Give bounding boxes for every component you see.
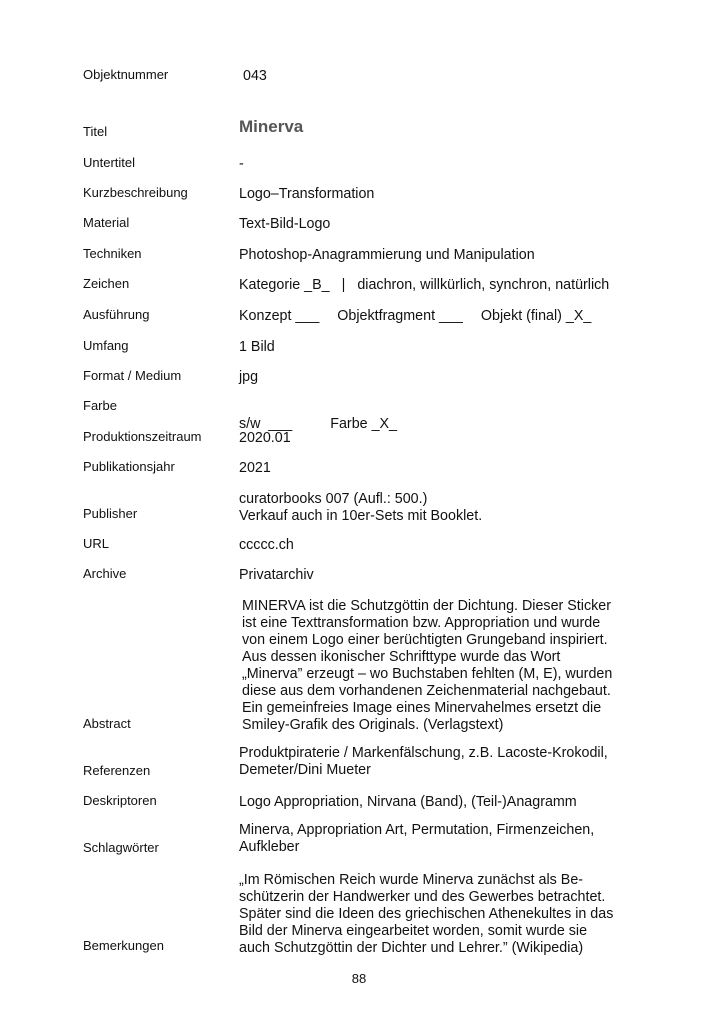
abstract-line: „Minerva” erzeugt – wo Buchstaben fehlte…	[242, 666, 612, 683]
label-publisher: Publisher	[83, 506, 137, 522]
abstract-line: MINERVA ist die Schutzgöttin der Dichtun…	[242, 598, 612, 615]
value-archive: Privatarchiv	[239, 567, 314, 584]
label-format: Format / Medium	[83, 368, 181, 384]
value-kurzbeschreibung: Logo–Transformation	[239, 186, 374, 203]
bemerkungen-line: auch Schutzgöttin der Dichter und Lehrer…	[239, 940, 613, 957]
ausfuehrung-objekt-final: Objekt (final) _X_	[481, 308, 591, 324]
label-objektnummer: Objektnummer	[83, 67, 168, 83]
label-untertitel: Untertitel	[83, 155, 135, 171]
label-kurzbeschreibung: Kurzbeschreibung	[83, 185, 188, 201]
value-material: Text-Bild-Logo	[239, 216, 330, 233]
label-farbe: Farbe	[83, 398, 117, 414]
zeichen-types: diachron, willkürlich, synchron, natürli…	[357, 277, 609, 293]
zeichen-kategorie: Kategorie _B_	[239, 277, 330, 293]
value-publisher: curatorbooks 007 (Aufl.: 500.) Verkauf a…	[239, 491, 482, 525]
value-titel: Minerva	[239, 118, 303, 135]
label-produktionszeitraum: Produktionszeitraum	[83, 429, 202, 445]
label-archive: Archive	[83, 566, 126, 582]
label-techniken: Techniken	[83, 246, 142, 262]
publisher-line-2: Verkauf auch in 10er-Sets mit Booklet.	[239, 508, 482, 525]
page-number: 88	[0, 971, 718, 986]
abstract-line: Smiley-Grafik des Originals. (Verlagstex…	[242, 717, 612, 734]
bemerkungen-line: schützerin der Handwerker und des Gewerb…	[239, 889, 613, 906]
abstract-line: Aus dessen ikonischer Schrifttype wurde …	[242, 649, 612, 666]
label-deskriptoren: Deskriptoren	[83, 793, 157, 809]
label-material: Material	[83, 215, 129, 231]
value-publikationsjahr: 2021	[239, 460, 271, 477]
value-techniken: Photoshop-Anagrammierung und Manipulatio…	[239, 247, 535, 264]
value-abstract: MINERVA ist die Schutzgöttin der Dichtun…	[242, 598, 612, 734]
value-farbe: s/w ___Farbe _X_	[239, 399, 397, 433]
zeichen-separator: |	[342, 277, 346, 293]
label-publikationsjahr: Publikationsjahr	[83, 459, 175, 475]
value-produktionszeitraum: 2020.01	[239, 430, 291, 447]
label-zeichen: Zeichen	[83, 276, 129, 292]
ausfuehrung-konzept: Konzept ___	[239, 308, 319, 324]
abstract-line: ist eine Texttransformation bzw. Appropr…	[242, 615, 612, 632]
value-format: jpg	[239, 369, 258, 386]
bemerkungen-line: „Im Römischen Reich wurde Minerva zunäch…	[239, 872, 613, 889]
label-schlagwoerter: Schlagwörter	[83, 840, 159, 856]
value-untertitel: -	[239, 156, 244, 173]
label-titel: Titel	[83, 124, 107, 140]
value-objektnummer: 043	[243, 68, 267, 85]
abstract-line: Ein gemeinfreies Image eines Minervahelm…	[242, 700, 612, 717]
referenzen-line: Demeter/Dini Mueter	[239, 762, 608, 779]
abstract-line: von einem Logo einer berüchtigten Grunge…	[242, 632, 612, 649]
label-umfang: Umfang	[83, 338, 129, 354]
abstract-line: diese aus dem vorhandenen Zeichenmateria…	[242, 683, 612, 700]
bemerkungen-line: Bild der Minerva eingearbeitet worden, s…	[239, 923, 613, 940]
label-ausfuehrung: Ausführung	[83, 307, 150, 323]
schlagwoerter-line: Aufkleber	[239, 839, 594, 856]
publisher-line-1: curatorbooks 007 (Aufl.: 500.)	[239, 491, 482, 508]
value-zeichen: Kategorie _B_|diachron, willkürlich, syn…	[239, 277, 609, 294]
schlagwoerter-line: Minerva, Appropriation Art, Permutation,…	[239, 822, 594, 839]
value-umfang: 1 Bild	[239, 339, 275, 356]
value-url[interactable]: ccccc.ch	[239, 537, 294, 554]
value-schlagwoerter: Minerva, Appropriation Art, Permutation,…	[239, 822, 594, 856]
farbe-farbe: Farbe _X_	[330, 416, 397, 432]
value-referenzen: Produktpiraterie / Markenfälschung, z.B.…	[239, 745, 608, 779]
referenzen-line: Produktpiraterie / Markenfälschung, z.B.…	[239, 745, 608, 762]
ausfuehrung-objektfragment: Objektfragment ___	[337, 308, 463, 324]
value-deskriptoren: Logo Appropriation, Nirvana (Band), (Tei…	[239, 794, 577, 811]
label-bemerkungen: Bemerkungen	[83, 938, 164, 954]
label-url: URL	[83, 536, 109, 552]
label-abstract: Abstract	[83, 716, 131, 732]
value-ausfuehrung: Konzept ___Objektfragment ___Objekt (fin…	[239, 308, 591, 325]
value-bemerkungen: „Im Römischen Reich wurde Minerva zunäch…	[239, 872, 613, 957]
bemerkungen-line: Später sind die Ideen des griechischen A…	[239, 906, 613, 923]
label-referenzen: Referenzen	[83, 763, 150, 779]
